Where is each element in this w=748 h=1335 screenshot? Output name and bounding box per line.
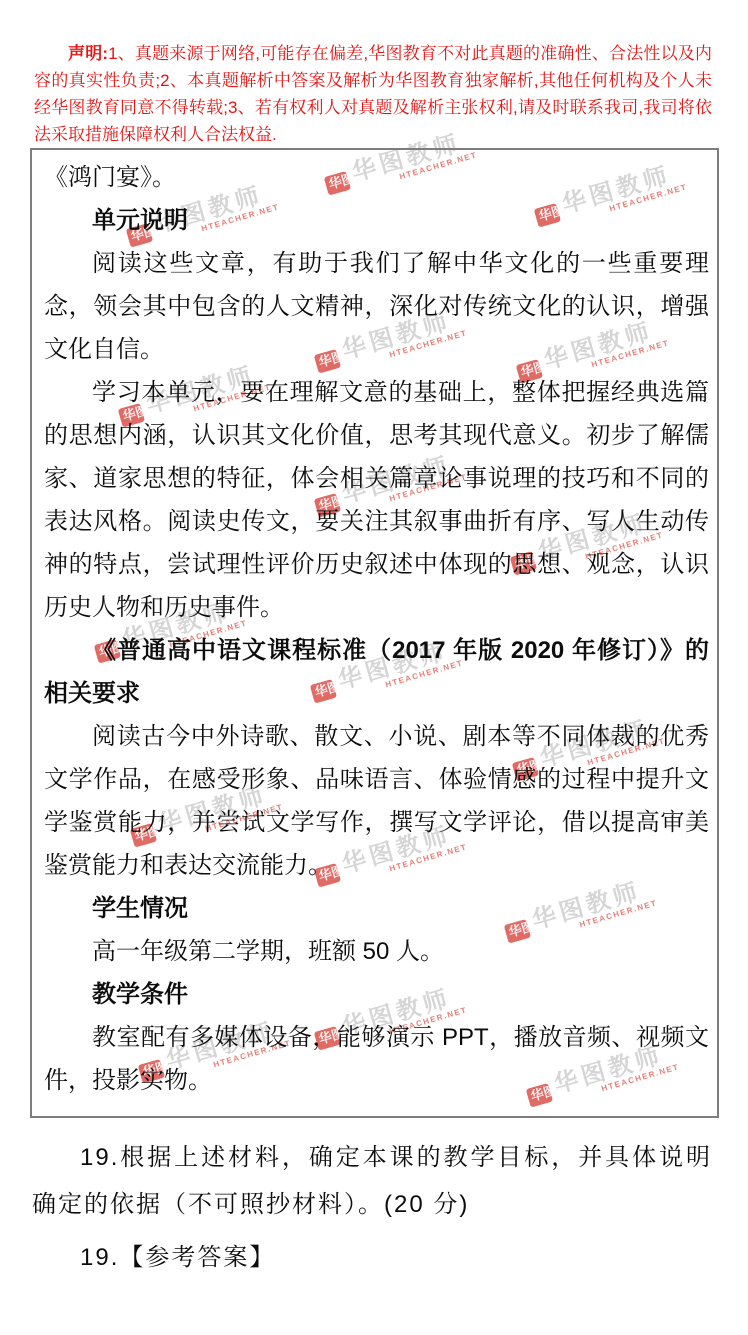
disclaimer-label: 声明: — [68, 44, 108, 63]
unit-paragraph-1: 阅读这些文章，有助于我们了解中华文化的一些重要理念，领会其中包含的人文精神，深化… — [44, 242, 709, 371]
standard-heading: 《普通高中语文课程标准（2017 年版 2020 年修订）》的相关要求 — [44, 629, 709, 715]
answer-19-label: 19.【参考答案】 — [32, 1234, 712, 1281]
students-paragraph: 高一年级第二学期，班额 50 人。 — [44, 930, 709, 973]
document-page: 华图华图教师HTEACHER.NET华图华图教师HTEACHER.NET华图华图… — [0, 0, 748, 1335]
material-box: 《鸿门宴》。 单元说明 阅读这些文章，有助于我们了解中华文化的一些重要理念，领会… — [30, 148, 719, 1118]
students-heading: 学生情况 — [44, 887, 709, 930]
unit-heading: 单元说明 — [44, 199, 709, 242]
disclaimer: 声明:1、真题来源于网络,可能存在偏差,华图教育不对此真题的准确性、合法性以及内… — [34, 0, 712, 148]
disclaimer-text: 1、真题来源于网络,可能存在偏差,华图教育不对此真题的准确性、合法性以及内容的真… — [34, 44, 712, 144]
question-19: 19.根据上述材料，确定本课的教学目标，并具体说明确定的依据（不可照抄材料）。(… — [32, 1134, 712, 1228]
conditions-heading: 教学条件 — [44, 973, 709, 1016]
document-content: 声明:1、真题来源于网络,可能存在偏差,华图教育不对此真题的准确性、合法性以及内… — [0, 0, 748, 1281]
unit-paragraph-2: 学习本单元，要在理解文意的基础上，整体把握经典选篇的思想内涵，认识其文化价值，思… — [44, 371, 709, 629]
conditions-paragraph: 教室配有多媒体设备，能够演示 PPT，播放音频、视频文件，投影实物。 — [44, 1016, 709, 1102]
question-section: 19.根据上述材料，确定本课的教学目标，并具体说明确定的依据（不可照抄材料）。(… — [32, 1134, 712, 1281]
lesson-title: 《鸿门宴》。 — [44, 156, 709, 199]
standard-paragraph: 阅读古今中外诗歌、散文、小说、剧本等不同体裁的优秀文学作品，在感受形象、品味语言… — [44, 715, 709, 887]
